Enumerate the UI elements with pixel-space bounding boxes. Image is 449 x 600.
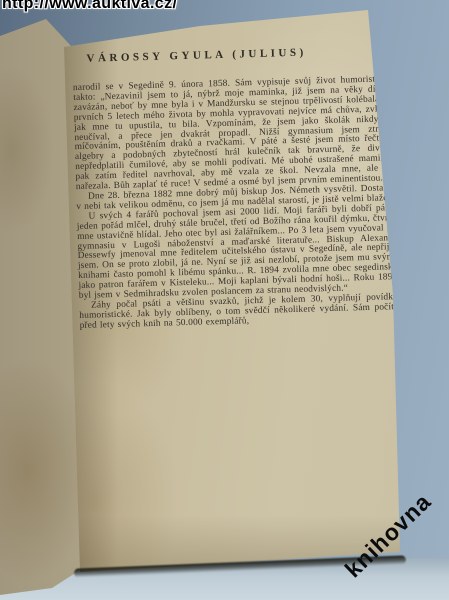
watermark-url: http://www.auktiva.cz/	[2, 0, 177, 13]
page-paragraph-3: U svých 4 farářů pochoval jsem asi 2000 …	[76, 204, 397, 302]
page-body: narodil se v Segedině 9. února 1858. Sám…	[73, 75, 399, 331]
page-paragraph-1: narodil se v Segedině 9. února 1858. Sám…	[73, 75, 395, 193]
page-text-block: VÁROSSY GYULA (JULIUS) narodil se v Sege…	[72, 44, 399, 331]
page-title: VÁROSSY GYULA (JULIUS)	[72, 46, 321, 65]
photo-scene: VÁROSSY GYULA (JULIUS) narodil se v Sege…	[0, 0, 449, 600]
page-paragraph-4: Záhy počal psáti a většinu svazků, jichž…	[79, 293, 399, 332]
